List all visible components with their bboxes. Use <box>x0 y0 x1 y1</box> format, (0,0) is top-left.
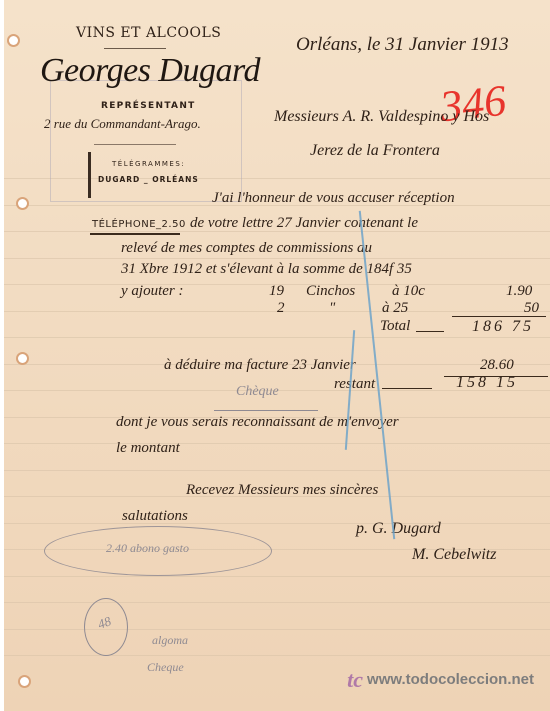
ornament-divider <box>94 144 176 145</box>
total-amount: 186 75 <box>472 318 534 336</box>
todocoleccion-logo-icon: tc <box>347 667 363 693</box>
body-line: dont je vous serais reconnaissant de m'e… <box>116 414 399 431</box>
closing-line2: salutations <box>122 508 188 525</box>
remaining-amount: 158 15 <box>456 374 518 392</box>
body-line: 31 Xbre 1912 et s'élevant à la somme de … <box>121 261 412 278</box>
body-line: J'ai l'honneur de vous accuser réception <box>212 190 455 207</box>
total-label: Total <box>380 318 410 335</box>
item-rate: à 10c <box>392 283 425 300</box>
signature-line2: M. Cebelwitz <box>412 546 496 564</box>
pencil-note: Cheque <box>147 660 184 675</box>
remaining-label: restant <box>334 376 375 393</box>
item-desc: Cinchos <box>306 283 355 300</box>
punch-hole <box>20 677 29 686</box>
punch-hole <box>18 199 27 208</box>
item-amount: 1.90 <box>506 283 532 300</box>
signature-line1: p. G. Dugard <box>356 520 441 538</box>
body-line: le montant <box>116 440 180 457</box>
watermark-text: www.todocoleccion.net <box>367 671 534 688</box>
telephone: TÉLÉPHONE_2.50 <box>92 219 186 230</box>
leader-line <box>382 388 432 389</box>
body-line: y ajouter : <box>121 283 183 300</box>
letterhead-role: REPRÉSENTANT <box>101 101 196 111</box>
place-date: Orléans, le 31 Janvier 1913 <box>296 34 509 56</box>
item-qty: 2 <box>277 300 285 317</box>
pencil-note: algoma <box>152 633 188 648</box>
letter-page: VINS ET ALCOOLS Georges Dugard REPRÉSENT… <box>4 0 550 711</box>
deduction-amount: 28.60 <box>480 357 514 374</box>
ornament-divider <box>104 48 166 49</box>
watermark: tcwww.todocoleccion.net <box>347 667 534 693</box>
item-rate: à 25 <box>382 300 408 317</box>
sum-rule <box>452 316 546 317</box>
letterhead-name: Georges Dugard <box>40 52 260 90</box>
pencil-note-cheque: Chèque <box>236 384 279 400</box>
punch-hole <box>9 36 18 45</box>
letterhead-address: 2 rue du Commandant-Arago. <box>44 116 201 132</box>
pencil-underline <box>214 410 318 411</box>
telephone-underline <box>90 233 180 235</box>
telegram-address: DUGARD _ ORLÉANS <box>98 175 199 184</box>
closing-line1: Recevez Messieurs mes sincères <box>186 482 378 499</box>
recipient-line1: Messieurs A. R. Valdespino y Hos <box>274 108 489 126</box>
letterhead-trade: VINS ET ALCOOLS <box>76 25 221 41</box>
pencil-oval-note: 2.40 abono gasto <box>106 541 189 556</box>
punch-hole <box>18 354 27 363</box>
telegram-label: TÉLÉGRAMMES: <box>112 160 185 168</box>
item-amount: 50 <box>524 300 539 317</box>
body-line: de votre lettre 27 Janvier contenant le <box>190 215 418 232</box>
leader-line <box>416 331 444 332</box>
item-qty: 19 <box>269 283 284 300</box>
item-desc: " <box>329 300 335 317</box>
body-line: relevé de mes comptes de commissions au <box>121 240 372 257</box>
recipient-line2: Jerez de la Frontera <box>310 142 440 160</box>
telegraph-pole-icon <box>88 152 91 198</box>
deduction-label: à déduire ma facture 23 Janvier <box>164 357 356 374</box>
